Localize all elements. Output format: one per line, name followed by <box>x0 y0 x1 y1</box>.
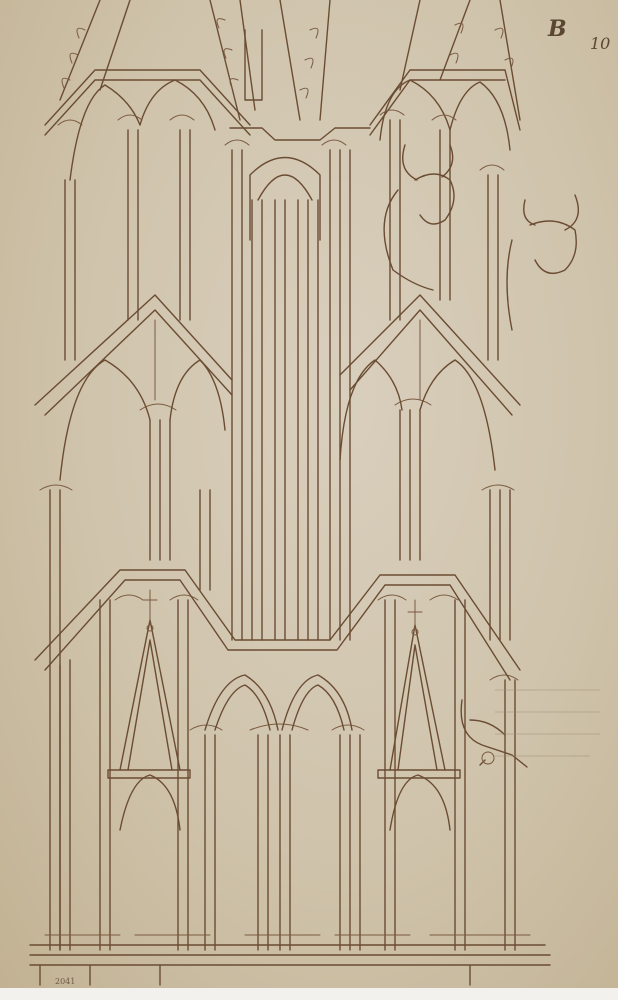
columns <box>40 110 518 950</box>
bottom-margin-strip <box>0 988 618 1000</box>
inventory-mark: 2041 <box>55 977 75 986</box>
tower-drawing <box>0 0 618 988</box>
folio-number: 10 <box>590 34 610 53</box>
lower-gables <box>35 570 520 830</box>
gathering-mark: B <box>548 16 567 42</box>
spire-crockets <box>60 0 520 120</box>
parchment-page <box>0 0 618 988</box>
ox-head-upper <box>384 145 454 290</box>
middle-gables <box>35 295 520 480</box>
ox-head-lower <box>507 195 578 330</box>
hand-with-flower <box>461 690 600 767</box>
